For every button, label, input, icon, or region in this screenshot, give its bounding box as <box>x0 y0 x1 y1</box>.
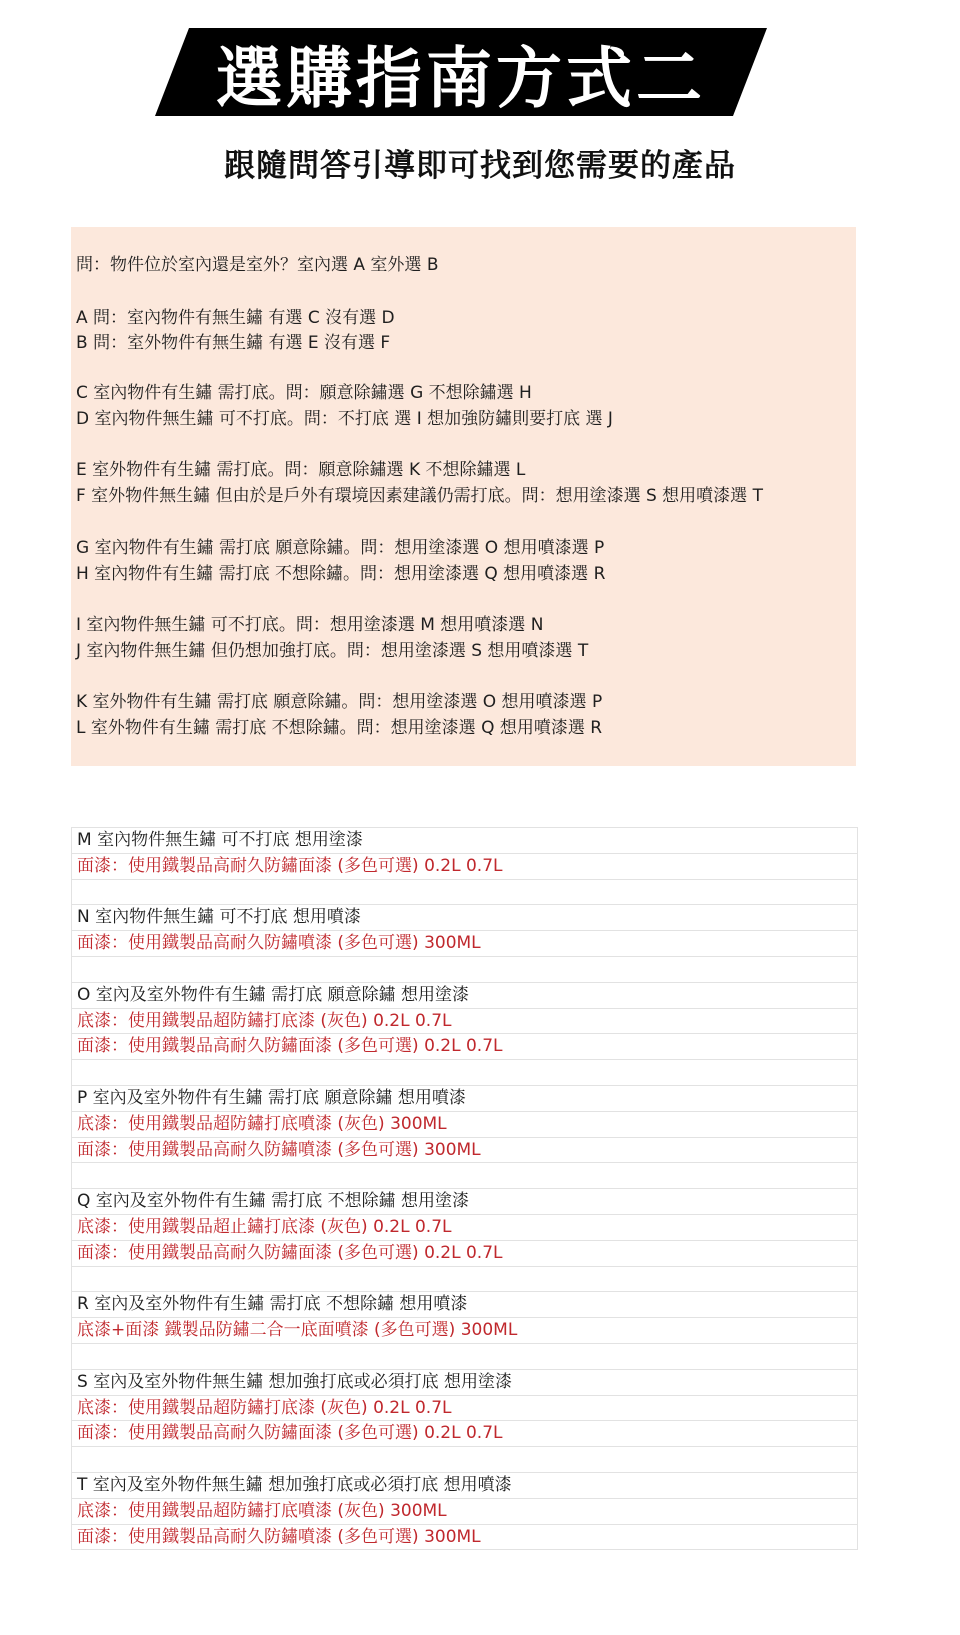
results-table: M 室內物件無生鏽 可不打底 想用塗漆面漆：使用鐵製品高耐久防鏽面漆 (多色可選… <box>71 827 858 1550</box>
qa-line: D 室內物件無生鏽 可不打底。問：不打底 選 I 想加強防鏽則要打底 選 J <box>76 408 613 430</box>
result-product-line: 面漆：使用鐵製品高耐久防鏽面漆 (多色可選) 0.2L 0.7L <box>72 1420 857 1446</box>
spacer-row <box>72 1162 857 1188</box>
qa-line: L 室外物件有生鏽 需打底 不想除鏽。問：想用塗漆選 Q 想用噴漆選 R <box>76 717 602 739</box>
page-title: 選購指南方式二 <box>155 28 767 116</box>
result-product-line: 底漆：使用鐵製品超防鏽打底漆 (灰色) 0.2L 0.7L <box>72 1395 857 1421</box>
result-option-title: R 室內及室外物件有生鏽 需打底 不想除鏽 想用噴漆 <box>72 1291 857 1317</box>
result-option-title: N 室內物件無生鏽 可不打底 想用噴漆 <box>72 904 857 930</box>
result-product-line: 面漆：使用鐵製品高耐久防鏽面漆 (多色可選) 0.2L 0.7L <box>72 853 857 879</box>
spacer-row <box>72 879 857 905</box>
qa-line: E 室外物件有生鏽 需打底。問：願意除鏽選 K 不想除鏽選 L <box>76 459 525 481</box>
spacer-row <box>72 1446 857 1472</box>
result-product-line: 底漆+面漆 鐵製品防鏽二合一底面噴漆 (多色可選) 300ML <box>72 1317 857 1343</box>
result-option-title: Q 室內及室外物件有生鏽 需打底 不想除鏽 想用塗漆 <box>72 1188 857 1214</box>
qa-line: 問：物件位於室內還是室外？室內選 A 室外選 B <box>76 254 439 276</box>
spacer-row <box>72 1266 857 1292</box>
result-option-title: M 室內物件無生鏽 可不打底 想用塗漆 <box>72 827 857 853</box>
result-option-title: S 室內及室外物件無生鏽 想加強打底或必須打底 想用塗漆 <box>72 1369 857 1395</box>
spacer-row <box>72 956 857 982</box>
qa-line: K 室外物件有生鏽 需打底 願意除鏽。問：想用塗漆選 O 想用噴漆選 P <box>76 691 602 713</box>
spacer-row <box>72 1343 857 1369</box>
result-product-line: 面漆：使用鐵製品高耐久防鏽噴漆 (多色可選) 300ML <box>72 930 857 956</box>
qa-line: C 室內物件有生鏽 需打底。問：願意除鏽選 G 不想除鏽選 H <box>76 382 532 404</box>
result-option-title: P 室內及室外物件有生鏽 需打底 願意除鏽 想用噴漆 <box>72 1085 857 1111</box>
result-product-line: 底漆：使用鐵製品超防鏽打底噴漆 (灰色) 300ML <box>72 1111 857 1137</box>
qa-line: F 室外物件無生鏽 但由於是戶外有環境因素建議仍需打底。問：想用塗漆選 S 想用… <box>76 485 763 507</box>
qa-line: A 問：室內物件有無生鏽 有選 C 沒有選 D <box>76 307 395 329</box>
result-product-line: 底漆：使用鐵製品超止鏽打底漆 (灰色) 0.2L 0.7L <box>72 1214 857 1240</box>
result-product-line: 底漆：使用鐵製品超防鏽打底漆 (灰色) 0.2L 0.7L <box>72 1008 857 1034</box>
page-subtitle: 跟隨問答引導即可找到您需要的產品 <box>0 140 960 185</box>
qa-guide-box: 問：物件位於室內還是室外？室內選 A 室外選 BA 問：室內物件有無生鏽 有選 … <box>71 227 856 766</box>
result-option-title: T 室內及室外物件無生鏽 想加強打底或必須打底 想用噴漆 <box>72 1472 857 1498</box>
spacer-row <box>72 1059 857 1085</box>
result-product-line: 面漆：使用鐵製品高耐久防鏽面漆 (多色可選) 0.2L 0.7L <box>72 1240 857 1266</box>
result-product-line: 底漆：使用鐵製品超防鏽打底噴漆 (灰色) 300ML <box>72 1498 857 1524</box>
qa-line: G 室內物件有生鏽 需打底 願意除鏽。問：想用塗漆選 O 想用噴漆選 P <box>76 537 604 559</box>
title-banner: 選購指南方式二 <box>155 28 767 116</box>
qa-line: B 問：室外物件有無生鏽 有選 E 沒有選 F <box>76 332 390 354</box>
qa-line: J 室內物件無生鏽 但仍想加強打底。問：想用塗漆選 S 想用噴漆選 T <box>76 640 588 662</box>
result-product-line: 面漆：使用鐵製品高耐久防鏽噴漆 (多色可選) 300ML <box>72 1137 857 1163</box>
result-option-title: O 室內及室外物件有生鏽 需打底 願意除鏽 想用塗漆 <box>72 982 857 1008</box>
qa-line: H 室內物件有生鏽 需打底 不想除鏽。問：想用塗漆選 Q 想用噴漆選 R <box>76 563 605 585</box>
result-product-line: 面漆：使用鐵製品高耐久防鏽噴漆 (多色可選) 300ML <box>72 1524 857 1551</box>
qa-line: I 室內物件無生鏽 可不打底。問：想用塗漆選 M 想用噴漆選 N <box>76 614 543 636</box>
result-product-line: 面漆：使用鐵製品高耐久防鏽面漆 (多色可選) 0.2L 0.7L <box>72 1033 857 1059</box>
